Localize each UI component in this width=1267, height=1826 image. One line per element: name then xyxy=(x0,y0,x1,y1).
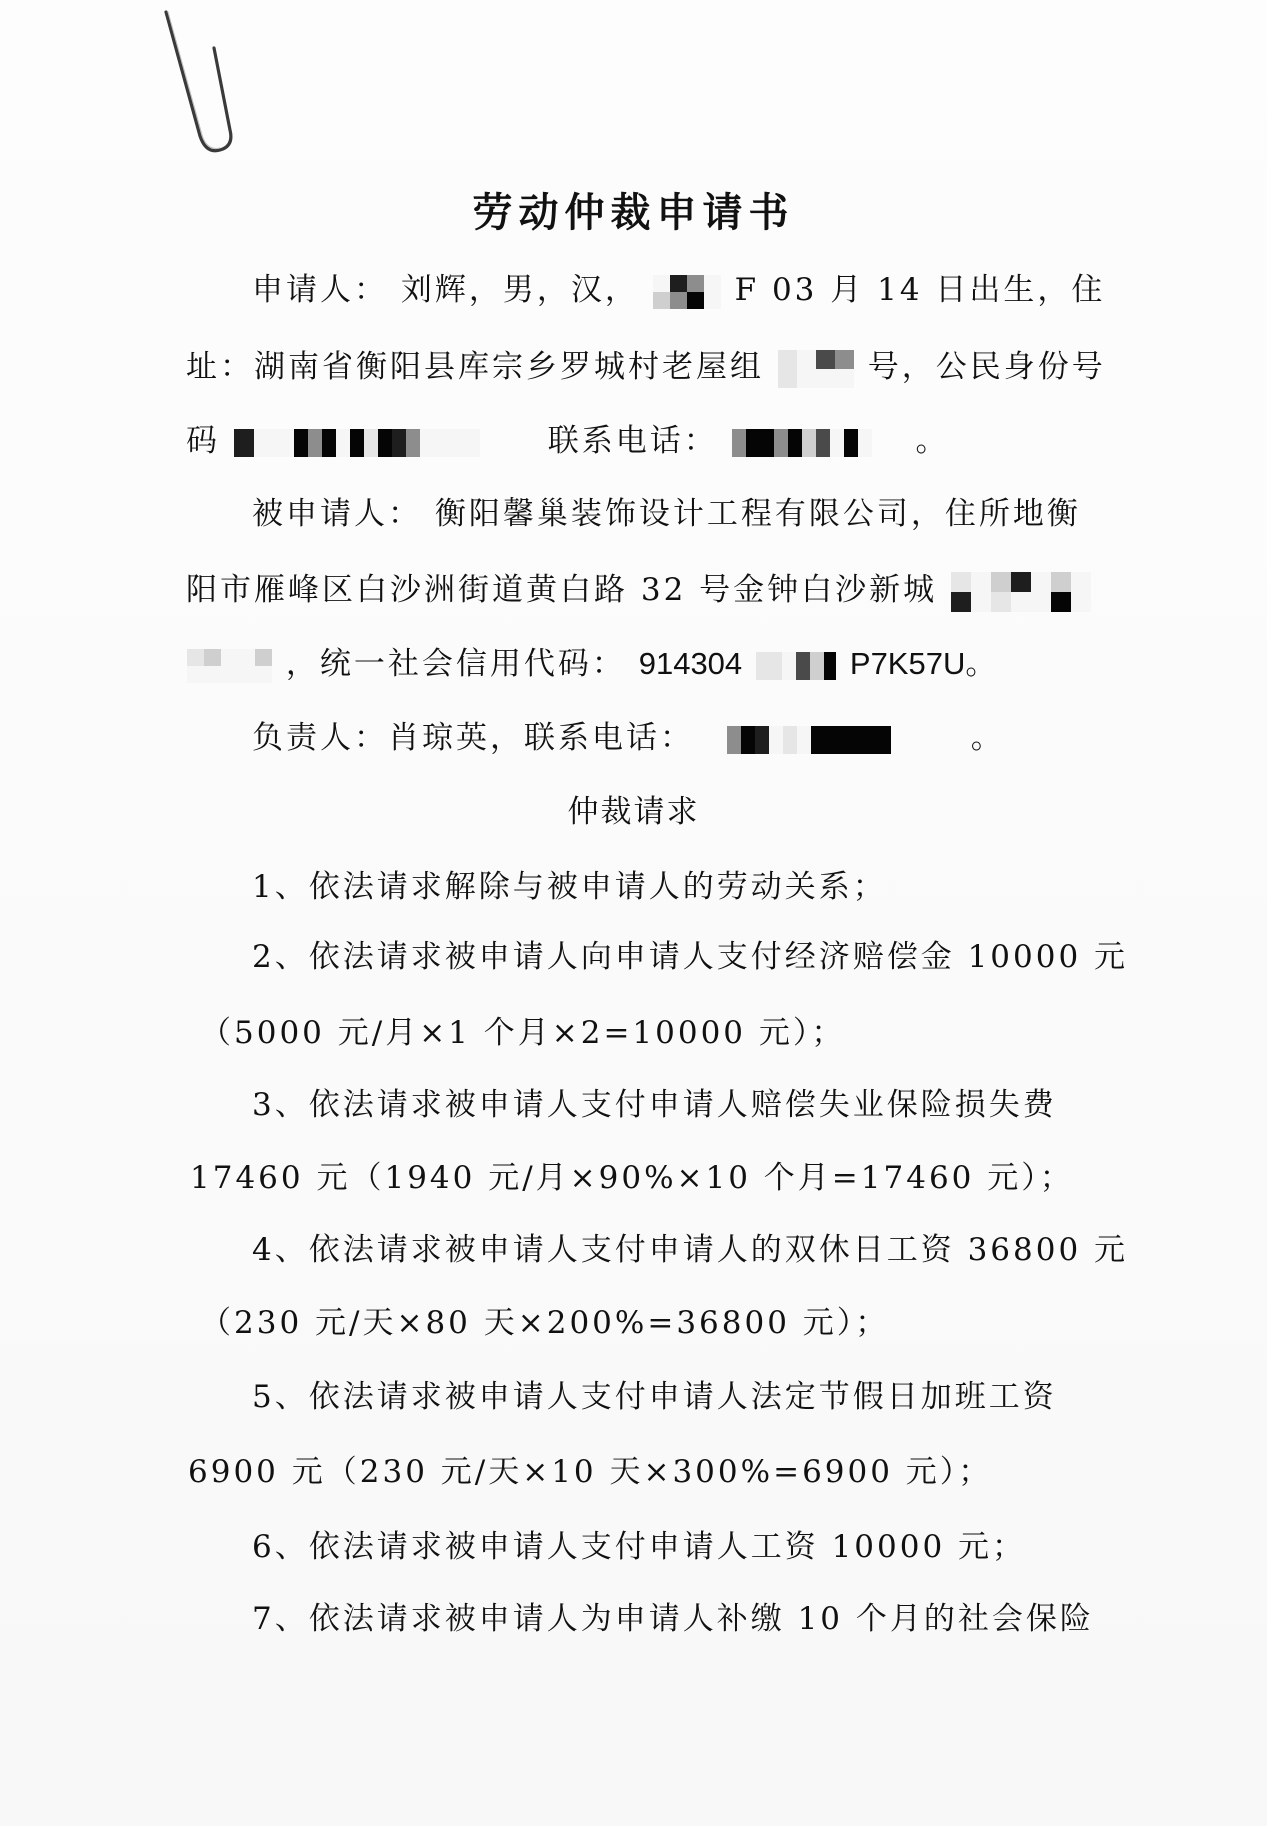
document-page: 劳动仲裁申请书 申请人： 刘辉，男，汉， F 03 月 14 日出生，住 址：湖… xyxy=(0,0,1267,1826)
claim-5: 5、依法请求被申请人支付申请人法定节假日加班工资 xyxy=(252,1375,1142,1419)
redacted-respondent-address-tail xyxy=(187,649,272,683)
responsible-person: 负责人：肖琼英，联系电话： xyxy=(252,720,694,756)
claim-3-detail: 17460 元（1940 元/月×90%×10 个月=17460 元）； xyxy=(190,1156,1080,1200)
responsible-phone-end: 。 xyxy=(971,720,1005,756)
credit-code-suffix: P7K57U。 xyxy=(850,646,996,681)
respondent-address: 阳市雁峰区白沙洲街道黄白路 32 号金钟白沙新城 xyxy=(186,572,937,608)
applicant-phone-label: 联系电话： xyxy=(548,423,718,459)
id-number-label: 码 xyxy=(186,423,220,459)
claim-3: 3、依法请求被申请人支付申请人赔偿失业保险损失费 xyxy=(252,1083,1142,1127)
respondent-line-3: ，统一社会信用代码： 914304 P7K57U。 xyxy=(186,642,1076,686)
applicant-name-info: 刘辉，男，汉， xyxy=(401,272,639,308)
redacted-id-number xyxy=(234,429,534,457)
claim-2-detail: （5000 元/月×1 个月×2=10000 元）； xyxy=(200,1011,1090,1055)
claims-heading: 仲裁请求 xyxy=(0,790,1267,834)
applicant-line-3: 码 联系电话： 。 xyxy=(186,419,1076,463)
redacted-applicant-phone xyxy=(732,429,902,457)
paperclip-icon xyxy=(160,8,260,158)
applicant-line-2: 址：湖南省衡阳县库宗乡罗城村老屋组 号，公民身份号 xyxy=(186,345,1076,389)
claim-2: 2、依法请求被申请人向申请人支付经济赔偿金 10000 元 xyxy=(252,935,1142,979)
redacted-address-number xyxy=(778,350,854,388)
applicant-line-1: 申请人： 刘辉，男，汉， F 03 月 14 日出生，住 xyxy=(252,268,1142,312)
claim-4-detail: （230 元/天×80 天×200%=36800 元）； xyxy=(200,1301,1090,1345)
redacted-credit-code xyxy=(756,652,836,680)
claim-1: 1、依法请求解除与被申请人的劳动关系； xyxy=(252,865,1142,909)
redacted-birth-year xyxy=(653,275,721,309)
applicant-label: 申请人： xyxy=(252,272,388,308)
applicant-birth-date: F 03 月 14 日出生，住 xyxy=(735,272,1106,308)
respondent-label: 被申请人： xyxy=(252,496,422,532)
respondent-line-1: 被申请人： 衡阳馨巢装饰设计工程有限公司，住所地衡 xyxy=(252,492,1142,536)
redacted-responsible-phone xyxy=(727,726,957,754)
claim-7: 7、依法请求被申请人为申请人补缴 10 个月的社会保险 xyxy=(252,1597,1142,1641)
credit-code-label: ，统一社会信用代码： xyxy=(286,646,626,682)
document-title: 劳动仲裁申请书 xyxy=(0,188,1267,238)
credit-code-prefix: 914304 xyxy=(639,646,742,681)
claim-4: 4、依法请求被申请人支付申请人的双休日工资 36800 元 xyxy=(252,1228,1142,1272)
applicant-address: 址：湖南省衡阳县库宗乡罗城村老屋组 xyxy=(186,349,764,385)
redacted-respondent-address xyxy=(951,572,1091,612)
applicant-address-suffix: 号，公民身份号 xyxy=(868,349,1106,385)
claim-5-detail: 6900 元（230 元/天×10 天×300%=6900 元）； xyxy=(188,1450,1078,1494)
respondent-company: 衡阳馨巢装饰设计工程有限公司，住所地衡 xyxy=(435,496,1081,532)
responsible-person-line: 负责人：肖琼英，联系电话： 。 xyxy=(252,716,1142,760)
respondent-line-2: 阳市雁峰区白沙洲街道黄白路 32 号金钟白沙新城 xyxy=(186,568,1076,612)
applicant-phone-end: 。 xyxy=(915,423,949,459)
claim-6: 6、依法请求被申请人支付申请人工资 10000 元； xyxy=(252,1525,1142,1569)
